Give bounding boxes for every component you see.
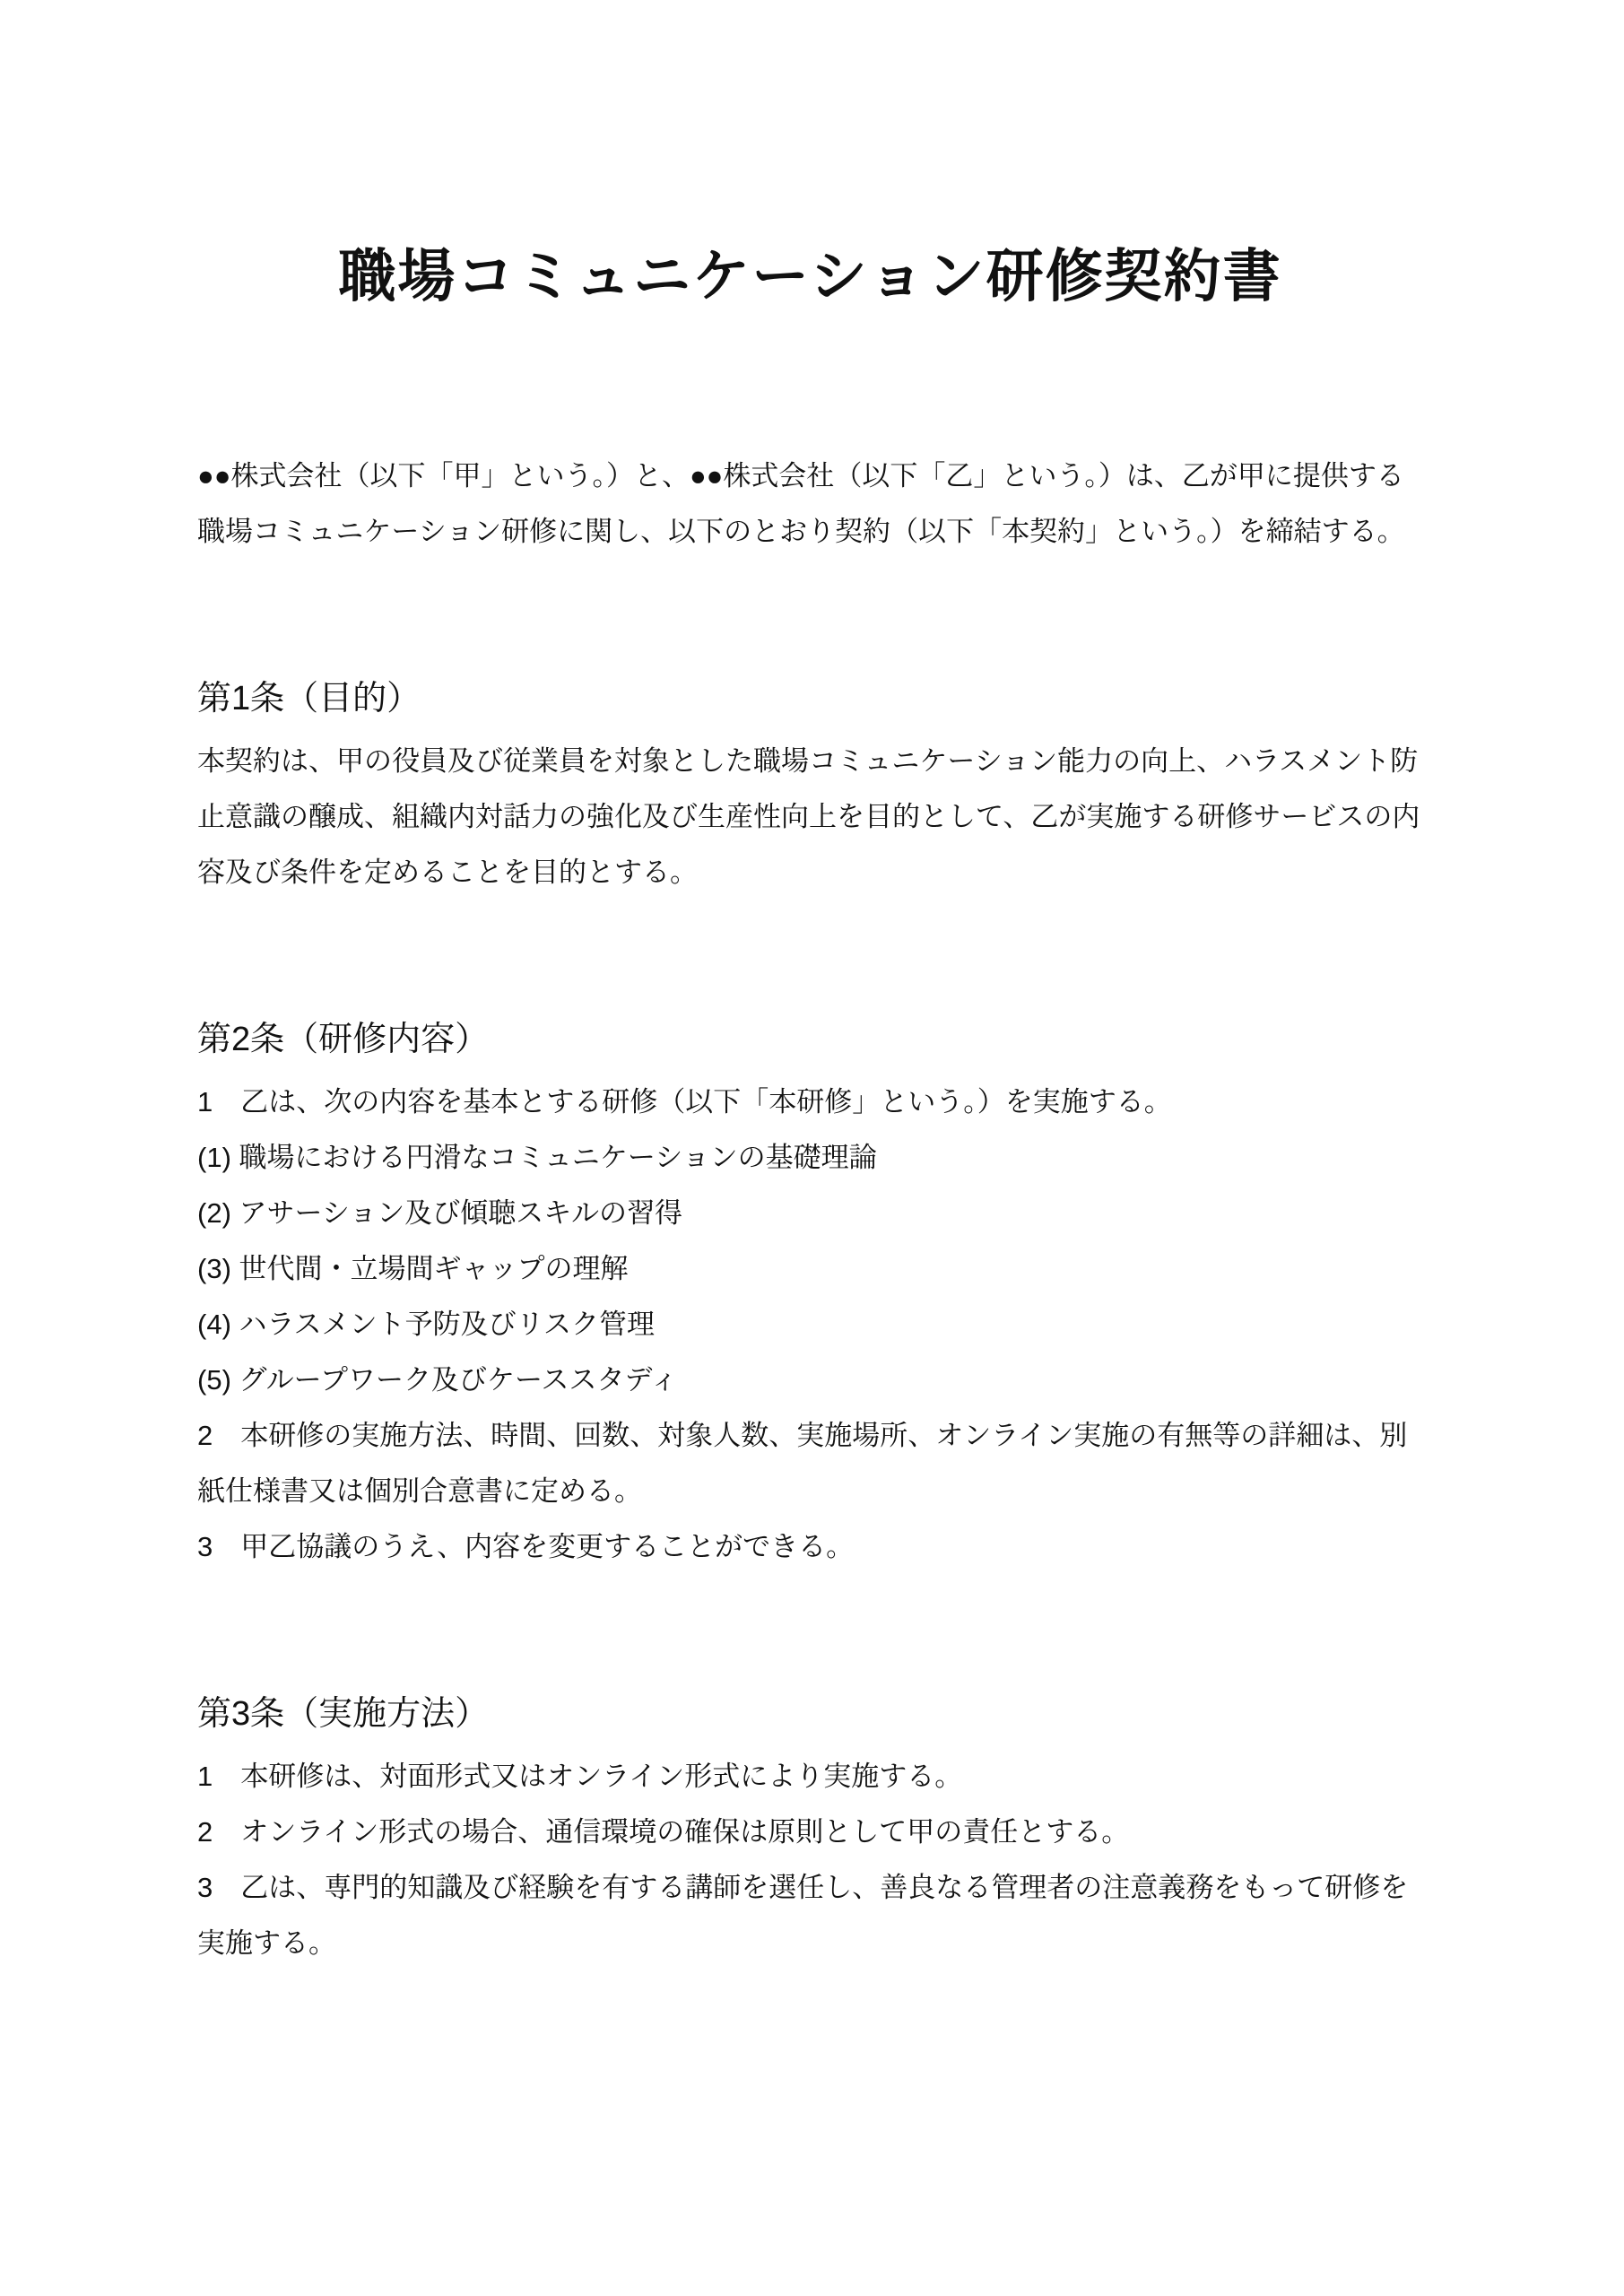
article-2-item-5: (5) グループワーク及びケーススタディ: [197, 1352, 1423, 1408]
article-1: 第1条（目的） 本契約は、甲の役員及び従業員を対象とした職場コミュニケーション能…: [197, 671, 1423, 900]
article-3-clause-2: 2 オンライン形式の場合、通信環境の確保は原則として甲の責任とする。: [197, 1805, 1423, 1860]
contract-preamble: ●●株式会社（以下「甲」という。）と、●●株式会社（以下「乙」という。）は、乙が…: [197, 448, 1423, 560]
document-title: 職場コミュニケーション研修契約書: [197, 0, 1423, 312]
article-2-item-2: (2) アサーション及び傾聴スキルの習得: [197, 1186, 1423, 1241]
article-2-clause-3: 3 甲乙協議のうえ、内容を変更することができる。: [197, 1519, 1423, 1575]
document-content: 職場コミュニケーション研修契約書 ●●株式会社（以下「甲」という。）と、●●株式…: [0, 0, 1624, 1971]
article-2-item-1: (1) 職場における円滑なコミュニケーションの基礎理論: [197, 1130, 1423, 1186]
article-2: 第2条（研修内容） 1 乙は、次の内容を基本とする研修（以下「本研修」という。）…: [197, 1012, 1423, 1575]
article-2-item-4: (4) ハラスメント予防及びリスク管理: [197, 1297, 1423, 1352]
article-3-clause-3: 3 乙は、専門的知識及び経験を有する講師を選任し、善良なる管理者の注意義務をもっ…: [197, 1860, 1423, 1971]
article-2-item-3: (3) 世代間・立場間ギャップの理解: [197, 1241, 1423, 1297]
article-1-heading: 第1条（目的）: [197, 671, 1423, 726]
article-3-clause-1: 1 本研修は、対面形式又はオンライン形式により実施する。: [197, 1749, 1423, 1805]
article-3-heading: 第3条（実施方法）: [197, 1686, 1423, 1742]
contract-document-page: 職場コミュニケーション研修契約書 ●●株式会社（以下「甲」という。）と、●●株式…: [0, 0, 1624, 2296]
article-2-heading: 第2条（研修内容）: [197, 1012, 1423, 1067]
article-3: 第3条（実施方法） 1 本研修は、対面形式又はオンライン形式により実施する。 2…: [197, 1686, 1423, 1971]
article-2-clause-1: 1 乙は、次の内容を基本とする研修（以下「本研修」という。）を実施する。: [197, 1074, 1423, 1130]
article-2-clause-2: 2 本研修の実施方法、時間、回数、対象人数、実施場所、オンライン実施の有無等の詳…: [197, 1408, 1423, 1519]
article-1-paragraph: 本契約は、甲の役員及び従業員を対象とした職場コミュニケーション能力の向上、ハラス…: [197, 734, 1423, 900]
